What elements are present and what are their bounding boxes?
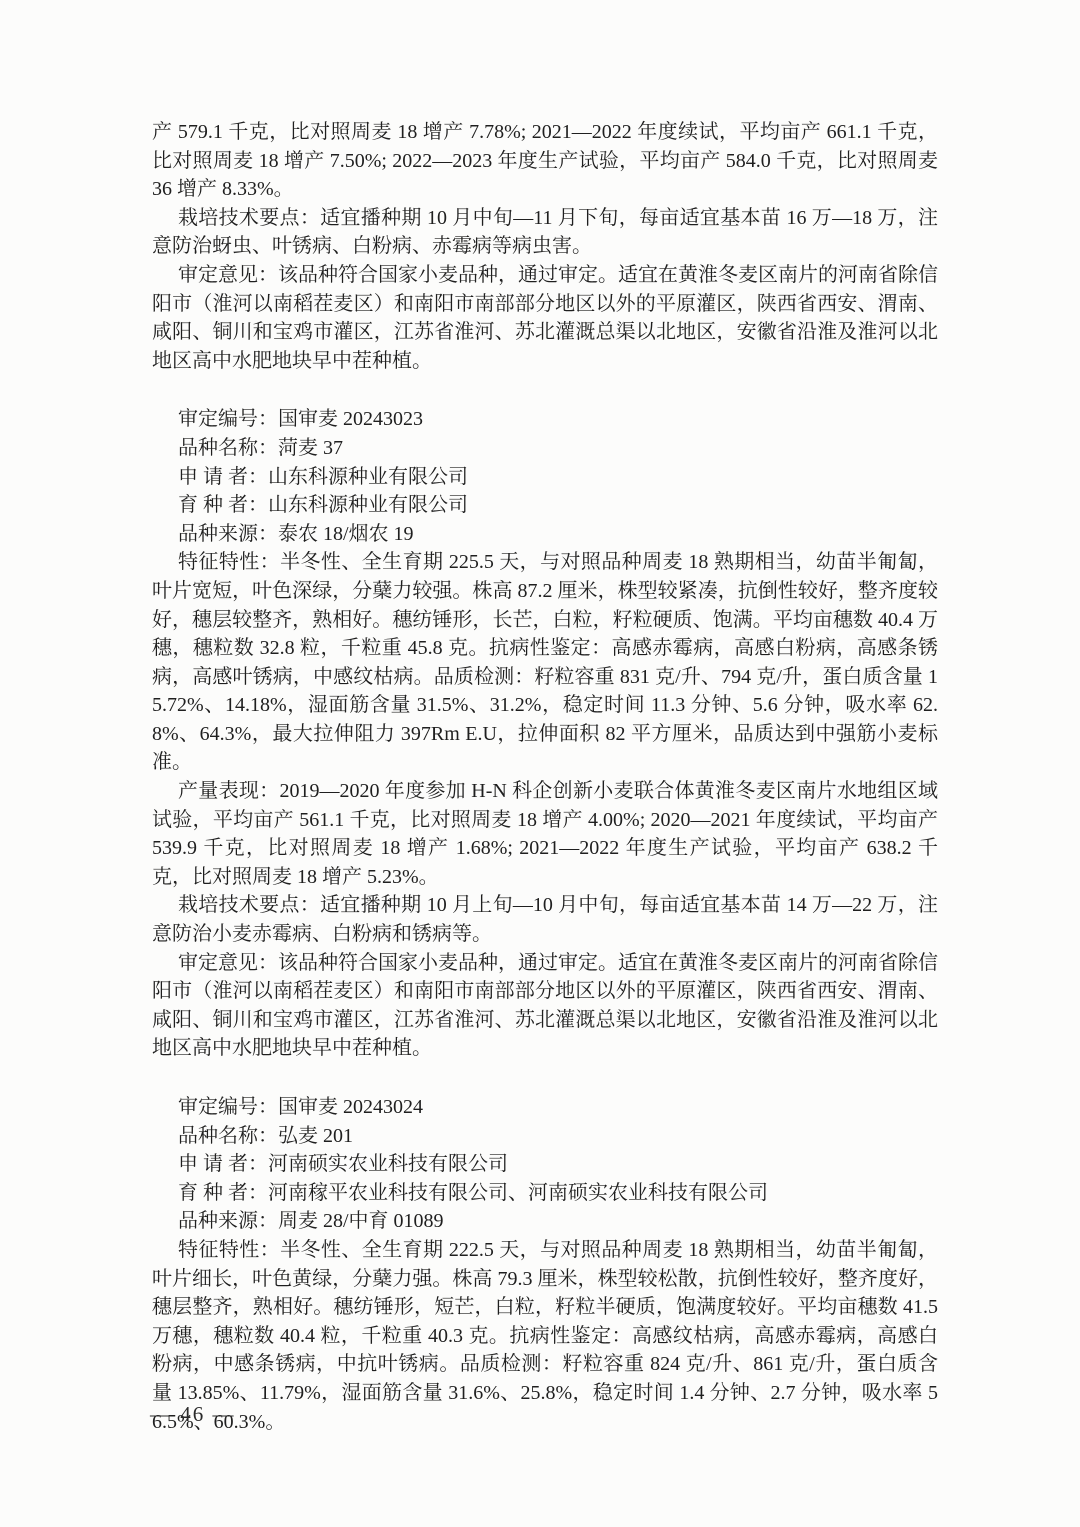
variety-entry-20243024: 审定编号：国审麦 20243024 品种名称：弘麦 201 申 请 者：河南硕实… [152,1093,938,1436]
paragraph-yield-performance: 产量表现：2019—2020 年度参加 H-N 科企创新小麦联合体黄淮冬麦区南片… [152,777,938,891]
document-body: 产 579.1 千克，比对照周麦 18 增产 7.78%; 2021—2022 … [152,118,938,1436]
field-applicant: 申 请 者：河南硕实农业科技有限公司 [152,1150,938,1179]
field-approval-number: 审定编号：国审麦 20243024 [152,1093,938,1122]
field-variety-name: 品种名称：弘麦 201 [152,1122,938,1151]
field-variety-source: 品种来源：泰农 18/烟农 19 [152,520,938,549]
paragraph-yield-continuation: 产 579.1 千克，比对照周麦 18 增产 7.78%; 2021—2022 … [152,118,938,204]
paragraph-approval-opinion: 审定意见：该品种符合国家小麦品种，通过审定。适宜在黄淮冬麦区南片的河南省除信阳市… [152,261,938,375]
field-approval-number: 审定编号：国审麦 20243023 [152,405,938,434]
page-number: — 46 — [150,1402,236,1427]
field-variety-name: 品种名称：菏麦 37 [152,434,938,463]
field-breeder: 育 种 者：河南稼平农业科技有限公司、河南硕实农业科技有限公司 [152,1179,938,1208]
field-applicant: 申 请 者：山东科源种业有限公司 [152,463,938,492]
paragraph-cultivation-points: 栽培技术要点：适宜播种期 10 月上旬—10 月中旬，每亩适宜基本苗 14 万—… [152,891,938,948]
paragraph-characteristics: 特征特性：半冬性、全生育期 225.5 天，与对照品种周麦 18 熟期相当，幼苗… [152,548,938,777]
paragraph-cultivation-points: 栽培技术要点：适宜播种期 10 月中旬—11 月下旬，每亩适宜基本苗 16 万—… [152,204,938,261]
field-variety-source: 品种来源：周麦 28/中育 01089 [152,1207,938,1236]
paragraph-approval-opinion: 审定意见：该品种符合国家小麦品种，通过审定。适宜在黄淮冬麦区南片的河南省除信阳市… [152,949,938,1063]
document-page: 产 579.1 千克，比对照周麦 18 增产 7.78%; 2021—2022 … [0,0,1080,1527]
paragraph-characteristics: 特征特性：半冬性、全生育期 222.5 天，与对照品种周麦 18 熟期相当，幼苗… [152,1236,938,1436]
field-breeder: 育 种 者：山东科源种业有限公司 [152,491,938,520]
variety-entry-20243023: 审定编号：国审麦 20243023 品种名称：菏麦 37 申 请 者：山东科源种… [152,405,938,1063]
